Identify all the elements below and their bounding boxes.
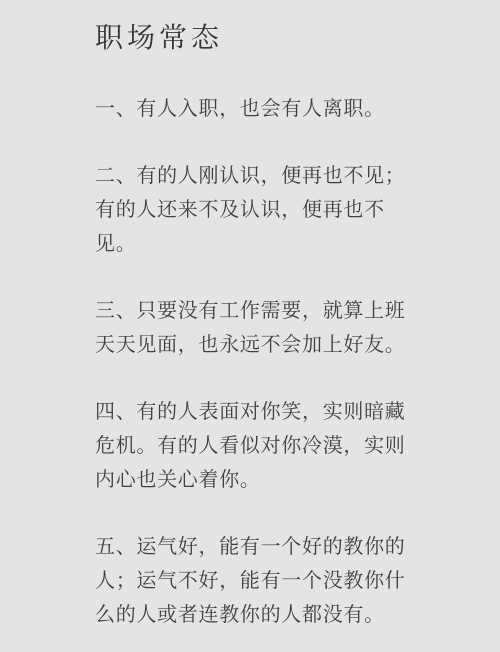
text-line: 内心也关心着你。 <box>95 463 440 497</box>
text-line: 三、只要没有工作需要，就算上班 <box>95 294 440 328</box>
text-line: 见。 <box>95 227 440 261</box>
text-line: 有的人还来不及认识，便再也不 <box>95 193 440 227</box>
document-page: 职场常态 一、有人入职，也会有人离职。 二、有的人刚认识，便再也不见； 有的人还… <box>0 0 500 652</box>
list-item-1: 一、有人入职，也会有人离职。 <box>95 92 440 126</box>
list-item-5: 五、运气好，能有一个好的教你的 人；运气不好，能有一个没教你什 么的人或者连教你… <box>95 530 440 632</box>
text-line: 人；运气不好，能有一个没教你什 <box>95 564 440 598</box>
text-line: 二、有的人刚认识，便再也不见； <box>95 159 440 193</box>
list-item-3: 三、只要没有工作需要，就算上班 天天见面，也永远不会加上好友。 <box>95 294 440 362</box>
text-line: 五、运气好，能有一个好的教你的 <box>95 530 440 564</box>
text-line: 一、有人入职，也会有人离职。 <box>95 92 440 126</box>
text-line: 四、有的人表面对你笑，实则暗藏 <box>95 395 440 429</box>
list-item-2: 二、有的人刚认识，便再也不见； 有的人还来不及认识，便再也不 见。 <box>95 159 440 261</box>
text-line: 天天见面，也永远不会加上好友。 <box>95 328 440 362</box>
text-line: 么的人或者连教你的人都没有。 <box>95 598 440 632</box>
page-title: 职场常态 <box>95 16 440 60</box>
list-item-4: 四、有的人表面对你笑，实则暗藏 危机。有的人看似对你冷漠，实则 内心也关心着你。 <box>95 395 440 497</box>
text-line: 危机。有的人看似对你冷漠，实则 <box>95 429 440 463</box>
